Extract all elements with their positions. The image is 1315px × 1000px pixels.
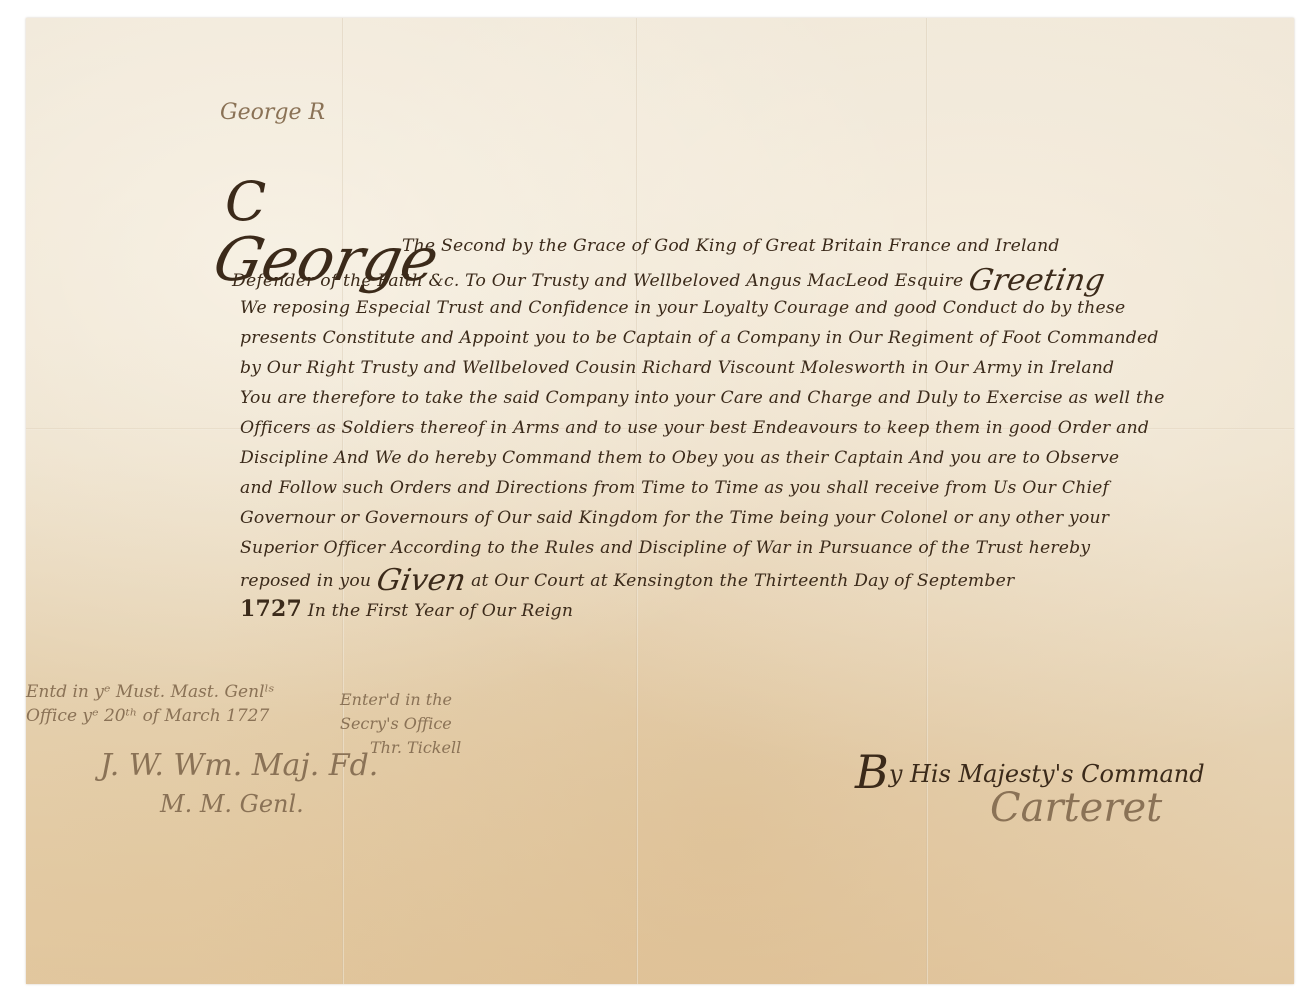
body-line-13: 1727 In the First Year of Our Reign bbox=[240, 596, 573, 622]
opening-flourish: C bbox=[225, 170, 260, 233]
body-line-8: Discipline And We do hereby Command them… bbox=[240, 448, 1119, 468]
body-line-text: Discipline And We do hereby Command them… bbox=[240, 448, 1119, 468]
body-line-text: You are therefore to take the said Compa… bbox=[240, 388, 1165, 408]
fold-line-vertical-left bbox=[342, 18, 344, 984]
body-line-10: Governour or Governours of Our said King… bbox=[240, 508, 1109, 528]
body-line-text: We reposing Especial Trust and Confidenc… bbox=[240, 298, 1125, 318]
secretary-office-note: Enter'd in the Secry's Office Thr. Ticke… bbox=[340, 688, 461, 760]
body-line-text: In the First Year of Our Reign bbox=[308, 601, 573, 621]
command-initial: B bbox=[855, 745, 889, 799]
body-line-9: and Follow such Orders and Directions fr… bbox=[240, 478, 1109, 498]
command-text: y His Majesty's Command bbox=[889, 760, 1205, 788]
body-line-text: The Second by the Grace of God King of G… bbox=[402, 236, 1060, 256]
body-line-text: Officers as Soldiers thereof in Arms and… bbox=[240, 418, 1149, 438]
body-line-12: reposed in you Given at Our Court at Ken… bbox=[240, 563, 1014, 598]
body-line-text: by Our Right Trusty and Wellbeloved Cous… bbox=[240, 358, 1114, 378]
body-line-3: We reposing Especial Trust and Confidenc… bbox=[240, 298, 1125, 318]
body-line-5: by Our Right Trusty and Wellbeloved Cous… bbox=[240, 358, 1114, 378]
body-line-11: Superior Officer According to the Rules … bbox=[240, 538, 1090, 558]
body-line-text: reposed in you bbox=[240, 571, 371, 591]
entry-note-line-1: Entd in yᵉ Must. Mast. Genlˡˢ bbox=[26, 680, 274, 704]
muster-master-signature: J. W. Wm. Maj. Fd. bbox=[100, 748, 378, 783]
body-line-6: You are therefore to take the said Compa… bbox=[240, 388, 1165, 408]
given-word: Given bbox=[374, 563, 469, 598]
carteret-countersignature: Carteret bbox=[990, 785, 1162, 831]
body-line-4: presents Constitute and Appoint you to b… bbox=[240, 328, 1159, 348]
entry-note-line-2: Office yᵉ 20ᵗʰ of March 1727 bbox=[26, 704, 274, 728]
body-line-text: Governour or Governours of Our said King… bbox=[240, 508, 1109, 528]
secretary-note-signature: Thr. Tickell bbox=[340, 736, 461, 760]
muster-master-signature-2: M. M. Genl. bbox=[160, 790, 304, 818]
body-line-text: presents Constitute and Appoint you to b… bbox=[240, 328, 1159, 348]
fold-line-vertical-right bbox=[926, 18, 928, 984]
secretary-note-line-2: Secry's Office bbox=[340, 712, 461, 736]
body-line-1: The Second by the Grace of God King of G… bbox=[402, 236, 1060, 256]
body-line-7: Officers as Soldiers thereof in Arms and… bbox=[240, 418, 1149, 438]
body-line-text: and Follow such Orders and Directions fr… bbox=[240, 478, 1109, 498]
body-line-text: Defender of the Faith &c. To Our Trusty … bbox=[232, 271, 963, 291]
greeting-word: Greeting bbox=[966, 263, 1108, 298]
body-line-text: Superior Officer According to the Rules … bbox=[240, 538, 1090, 558]
muster-master-entry-note: Entd in yᵉ Must. Mast. Genlˡˢ Office yᵉ … bbox=[26, 680, 274, 728]
vellum-document bbox=[26, 18, 1294, 984]
body-line-2: Defender of the Faith &c. To Our Trusty … bbox=[232, 263, 1105, 298]
year-1727: 1727 bbox=[240, 596, 302, 622]
royal-sign-manual: George R bbox=[220, 100, 325, 125]
fold-line-vertical-center bbox=[636, 18, 638, 984]
secretary-note-line-1: Enter'd in the bbox=[340, 688, 461, 712]
body-line-text: at Our Court at Kensington the Thirteent… bbox=[471, 571, 1014, 591]
